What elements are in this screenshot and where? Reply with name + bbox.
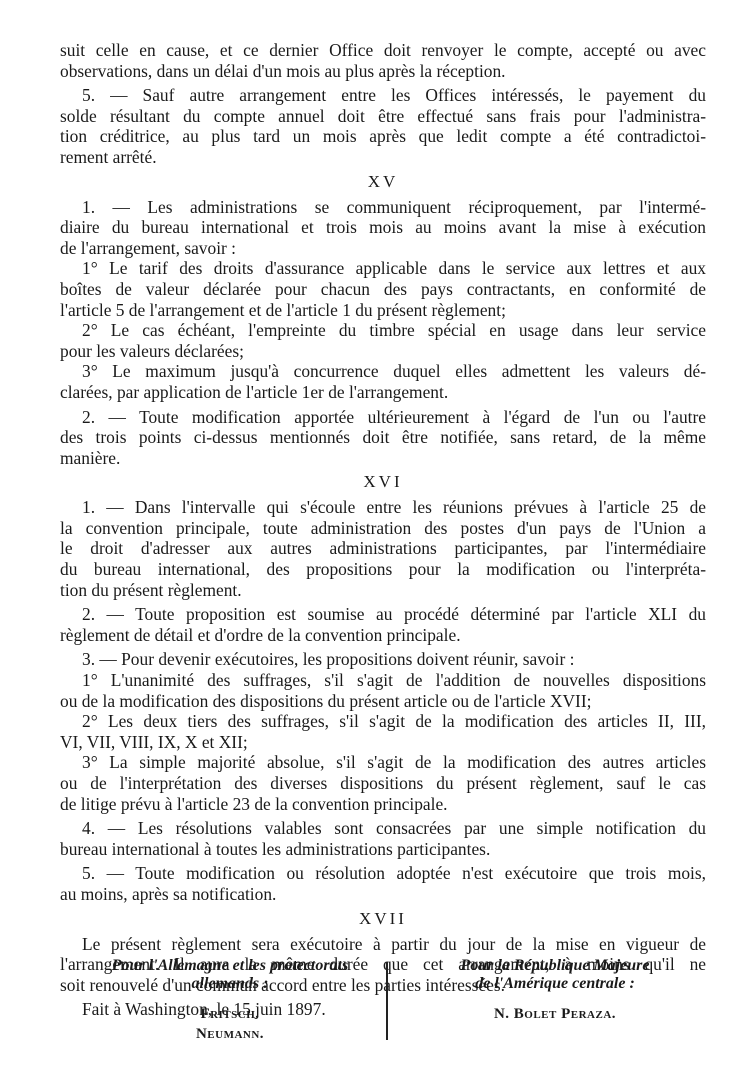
text-line: 5. — Sauf autre arrangement entre les Of… bbox=[60, 85, 706, 106]
text-line: ou de l'interprétation des diverses disp… bbox=[60, 773, 706, 794]
text-line: 3° La simple majorité absolue, s'il s'ag… bbox=[60, 752, 706, 773]
text-line: le droit d'adresser aux autres administr… bbox=[60, 538, 706, 559]
text-line: 2. — Toute modification apportée ultérie… bbox=[60, 407, 706, 428]
signature-central-america: Pour la République Majeure de l'Amérique… bbox=[395, 957, 715, 1024]
text-line: ou de la modification des dispositions d… bbox=[60, 691, 706, 712]
text-line: rement arrêté. bbox=[60, 147, 706, 168]
text-line: boîtes de valeur déclarée pour chacun de… bbox=[60, 279, 706, 300]
signature-title: de l'Amérique centrale : bbox=[395, 975, 715, 993]
text-line: suit celle en cause, et ce dernier Offic… bbox=[60, 40, 706, 61]
text-line: observations, dans un délai d'un mois au… bbox=[60, 61, 706, 82]
section-heading-xv: XV bbox=[60, 170, 706, 194]
text-line: des trois points ci-dessus mentionnés do… bbox=[60, 427, 706, 448]
text-line: de litige prévu à l'article 23 de la con… bbox=[60, 794, 706, 815]
text-line: du bureau international, des proposition… bbox=[60, 559, 706, 580]
text-line: au moins, après sa notification. bbox=[60, 884, 706, 905]
text-line: Le présent règlement sera exécutoire à p… bbox=[60, 934, 706, 955]
text-line: 1. — Dans l'intervalle qui s'écoule entr… bbox=[60, 497, 706, 518]
text-line: 1° Le tarif des droits d'assurance appli… bbox=[60, 258, 706, 279]
text-line: tion du présent règlement. bbox=[60, 580, 706, 601]
text-line: VI, VII, VIII, IX, X et XII; bbox=[60, 732, 706, 753]
section-heading-xvii: XVII bbox=[60, 907, 706, 931]
document-page: suit celle en cause, et ce dernier Offic… bbox=[60, 40, 706, 1020]
signatory-name: Fritsch. bbox=[80, 1004, 380, 1024]
signature-block: Pour l'Allemagne et les protectorats all… bbox=[60, 957, 706, 1047]
signature-germany: Pour l'Allemagne et les protectorats all… bbox=[80, 957, 380, 1044]
text-line: manière. bbox=[60, 448, 706, 469]
text-line: solde résultant du compte annuel doit êt… bbox=[60, 106, 706, 127]
text-line: 1. — Les administrations se communiquent… bbox=[60, 197, 706, 218]
section-heading-xvi: XVI bbox=[60, 470, 706, 494]
text-line: 2° Les deux tiers des suffrages, s'il s'… bbox=[60, 711, 706, 732]
text-line: l'article 5 de l'arrangement et de l'art… bbox=[60, 300, 706, 321]
text-line: 4. — Les résolutions valables sont consa… bbox=[60, 818, 706, 839]
text-line: clarées, par application de l'article 1e… bbox=[60, 382, 706, 403]
signature-title: Pour l'Allemagne et les protectorats bbox=[80, 957, 380, 975]
text-line: 3. — Pour devenir exécutoires, les propo… bbox=[60, 649, 706, 670]
text-line: règlement de détail et d'ordre de la con… bbox=[60, 625, 706, 646]
text-line: bureau international à toutes les admini… bbox=[60, 839, 706, 860]
signature-divider bbox=[386, 962, 388, 1040]
text-line: 2. — Toute proposition est soumise au pr… bbox=[60, 604, 706, 625]
text-line: de l'arrangement, savoir : bbox=[60, 238, 706, 259]
signature-title: Pour la République Majeure bbox=[395, 957, 715, 975]
signatory-name: Neumann. bbox=[80, 1024, 380, 1044]
text-line: 2° Le cas échéant, l'empreinte du timbre… bbox=[60, 320, 706, 341]
text-line: 5. — Toute modification ou résolution ad… bbox=[60, 863, 706, 884]
signatory-name: N. Bolet Peraza. bbox=[395, 1004, 715, 1024]
text-line: 1° L'unanimité des suffrages, s'il s'agi… bbox=[60, 670, 706, 691]
text-line: diaire du bureau international et trois … bbox=[60, 217, 706, 238]
text-line: pour les valeurs déclarées; bbox=[60, 341, 706, 362]
text-line: la convention principale, toute administ… bbox=[60, 518, 706, 539]
text-line: 3° Le maximum jusqu'à concurrence duquel… bbox=[60, 361, 706, 382]
signature-title: allemands : bbox=[80, 975, 380, 993]
text-line: tion créditrice, au plus tard un mois ap… bbox=[60, 126, 706, 147]
